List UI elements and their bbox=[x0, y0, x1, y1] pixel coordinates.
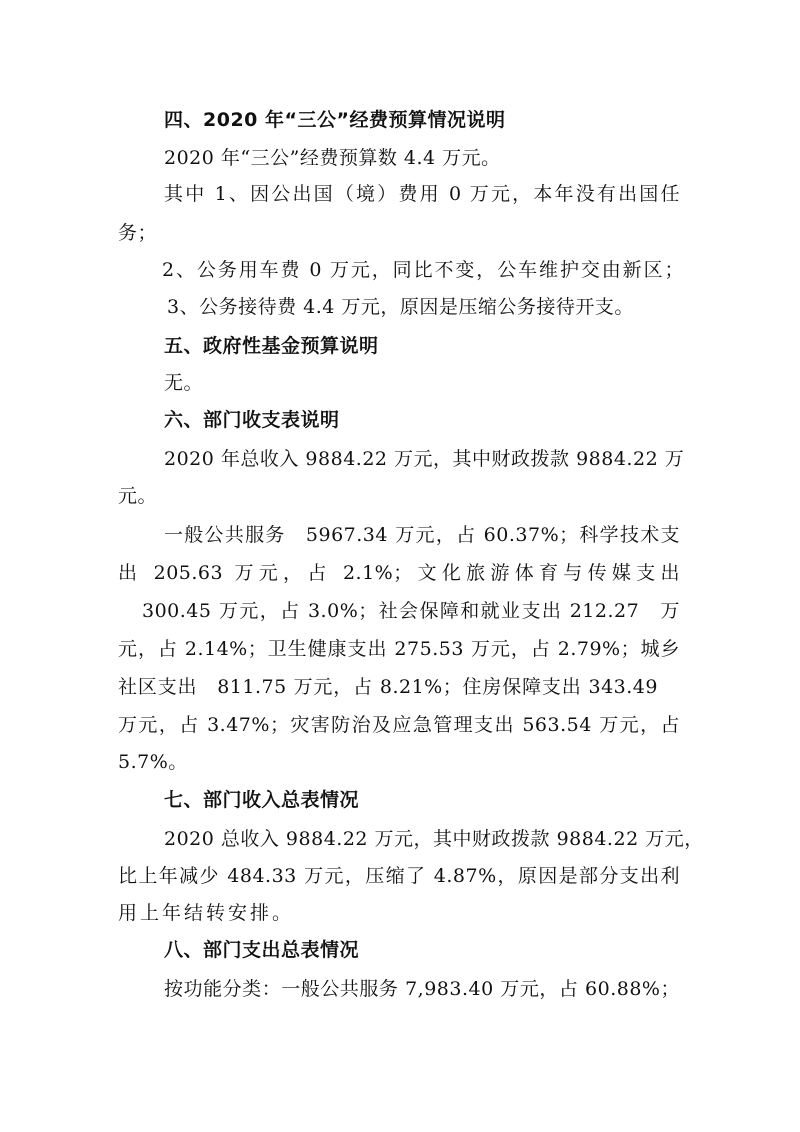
paragraph-line: 2020 总收入 9884.22 万元，其中财政拨款 9884.22 万元， bbox=[164, 827, 680, 851]
paragraph-line: 无。 bbox=[164, 371, 203, 395]
section-heading-five: 五、政府性基金预算说明 bbox=[164, 334, 379, 358]
paragraph-line: 社区支出 811.75 万元，占 8.21%；住房保障支出 343.49 bbox=[118, 675, 658, 699]
paragraph-line: 元。 bbox=[118, 484, 157, 508]
section-heading-six: 六、部门收支表说明 bbox=[164, 408, 340, 432]
paragraph-line: 按功能分类：一般公共服务 7,983.40 万元，占 60.88%； bbox=[164, 977, 680, 1001]
paragraph-line: 5.7%。 bbox=[118, 750, 188, 774]
paragraph-line: 2020 年总收入 9884.22 万元，其中财政拨款 9884.22 万 bbox=[164, 447, 680, 471]
paragraph-line: 2020 年“三公”经费预算数 4.4 万元。 bbox=[164, 146, 501, 170]
paragraph-line: 元，占 2.14%；卫生健康支出 275.53 万元，占 2.79%；城乡 bbox=[118, 637, 680, 661]
paragraph-line: 2、公务用车费 0 万元，同比不变，公车维护交由新区； bbox=[162, 258, 684, 282]
paragraph-line: 比上年减少 484.33 万元，压缩了 4.87%，原因是部分支出利 bbox=[118, 864, 680, 888]
paragraph-line: 300.45 万元，占 3.0%；社会保障和就业支出 212.27 万 bbox=[142, 599, 680, 623]
paragraph-line: 出 205.63 万元，占 2.1%；文化旅游体育与传媒支出 bbox=[118, 561, 680, 585]
paragraph-line: 一般公共服务 5967.34 万元，占 60.37%；科学技术支 bbox=[164, 523, 680, 547]
section-heading-seven: 七、部门收入总表情况 bbox=[164, 788, 359, 812]
paragraph-line: 用上年结转安排。 bbox=[118, 901, 294, 925]
paragraph-line: 其中 1、因公出国（境）费用 0 万元，本年没有出国任 bbox=[164, 182, 680, 206]
paragraph-line: 务； bbox=[118, 221, 157, 245]
paragraph-line: 3、公务接待费 4.4 万元，原因是压缩公务接待开支。 bbox=[167, 295, 634, 319]
section-heading-four: 四、2020 年“三公”经费预算情况说明 bbox=[164, 108, 505, 132]
section-heading-eight: 八、部门支出总表情况 bbox=[164, 938, 359, 962]
paragraph-line: 万元，占 3.47%；灾害防治及应急管理支出 563.54 万元，占 bbox=[118, 713, 680, 737]
